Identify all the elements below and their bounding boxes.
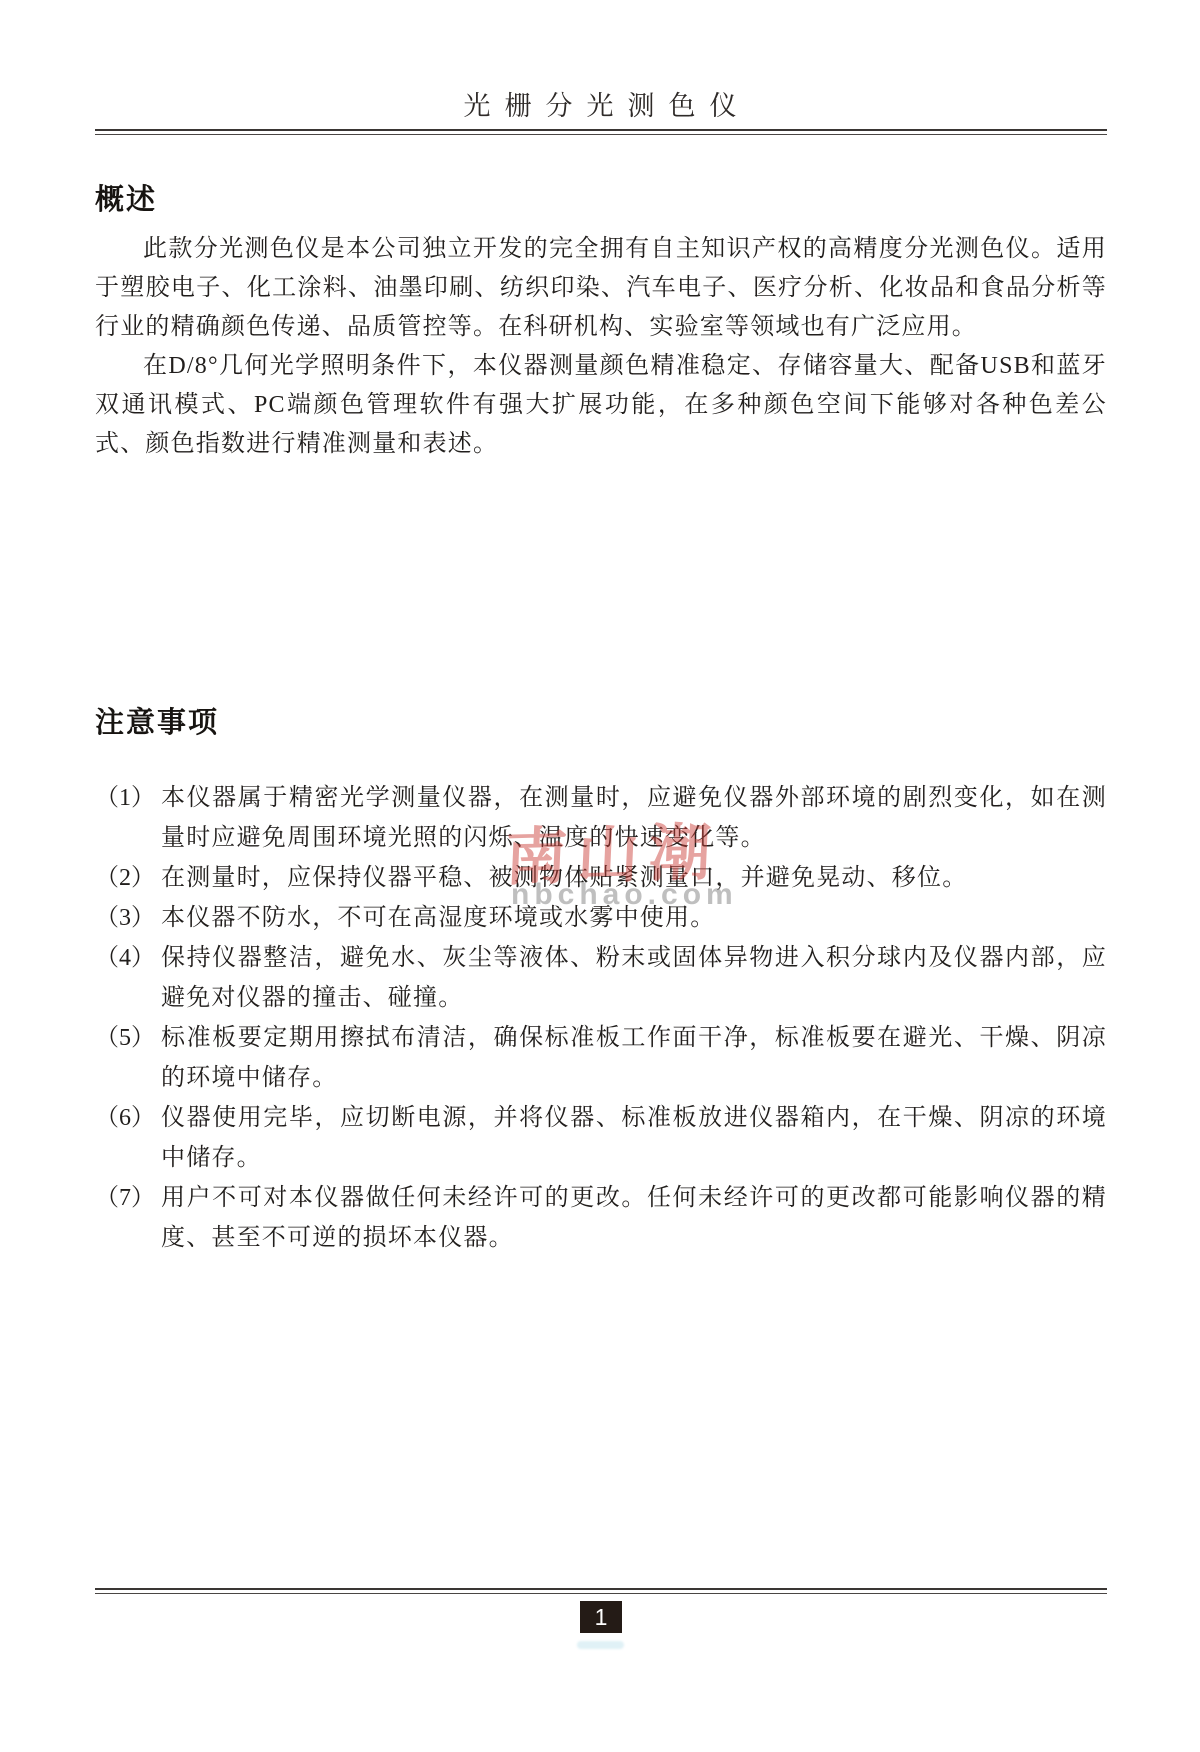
overview-body: 此款分光测色仪是本公司独立开发的完全拥有自主知识产权的高精度分光测色仪。适用于塑… — [95, 230, 1107, 464]
item-text: 用户不可对本仪器做任何未经许可的更改。任何未经许可的更改都可能影响仪器的精度、甚… — [161, 1185, 1107, 1251]
item-text: 本仪器不防水，不可在高湿度环境或水雾中使用。 — [161, 905, 715, 931]
item-text: 标准板要定期用擦拭布清洁，确保标准板工作面干净，标准板要在避光、干燥、阴凉的环境… — [161, 1025, 1107, 1091]
watermark-smudge — [577, 1641, 624, 1649]
precaution-item-1: （1） 本仪器属于精密光学测量仪器，在测量时，应避免仪器外部环境的剧烈变化，如在… — [95, 778, 1107, 858]
item-text: 在测量时，应保持仪器平稳、被测物体贴紧测量口，并避免晃动、移位。 — [161, 865, 967, 891]
footer-rule — [95, 1588, 1107, 1594]
item-number: （6） — [95, 1098, 155, 1138]
item-text: 仪器使用完毕，应切断电源，并将仪器、标准板放进仪器箱内，在干燥、阴凉的环境中储存… — [161, 1105, 1107, 1171]
item-text: 本仪器属于精密光学测量仪器，在测量时，应避免仪器外部环境的剧烈变化，如在测量时应… — [161, 785, 1107, 851]
precautions-list: （1） 本仪器属于精密光学测量仪器，在测量时，应避免仪器外部环境的剧烈变化，如在… — [95, 778, 1107, 1258]
precaution-item-4: （4） 保持仪器整洁，避免水、灰尘等液体、粉末或固体异物进入积分球内及仪器内部，… — [95, 938, 1107, 1018]
section-heading-precautions: 注意事项 — [95, 700, 219, 741]
item-text: 保持仪器整洁，避免水、灰尘等液体、粉末或固体异物进入积分球内及仪器内部，应避免对… — [161, 945, 1107, 1011]
overview-paragraph-1: 此款分光测色仪是本公司独立开发的完全拥有自主知识产权的高精度分光测色仪。适用于塑… — [95, 230, 1107, 347]
section-heading-overview: 概述 — [95, 177, 157, 218]
item-number: （3） — [95, 898, 155, 938]
precaution-item-5: （5） 标准板要定期用擦拭布清洁，确保标准板工作面干净，标准板要在避光、干燥、阴… — [95, 1018, 1107, 1098]
item-number: （1） — [95, 778, 155, 818]
item-number: （7） — [95, 1178, 155, 1218]
precaution-item-2: （2） 在测量时，应保持仪器平稳、被测物体贴紧测量口，并避免晃动、移位。 — [95, 858, 1107, 898]
precaution-item-7: （7） 用户不可对本仪器做任何未经许可的更改。任何未经许可的更改都可能影响仪器的… — [95, 1178, 1107, 1258]
item-number: （2） — [95, 858, 155, 898]
item-number: （4） — [95, 938, 155, 978]
page-title: 光栅分光测色仪 — [0, 84, 1200, 123]
item-number: （5） — [95, 1018, 155, 1058]
overview-paragraph-2: 在D/8°几何光学照明条件下，本仪器测量颜色精准稳定、存储容量大、配备USB和蓝… — [95, 347, 1107, 464]
header-rule — [95, 129, 1107, 135]
manual-page: 光栅分光测色仪 概述 此款分光测色仪是本公司独立开发的完全拥有自主知识产权的高精… — [0, 0, 1200, 1752]
page-number-badge: 1 — [580, 1601, 622, 1633]
precaution-item-6: （6） 仪器使用完毕，应切断电源，并将仪器、标准板放进仪器箱内，在干燥、阴凉的环… — [95, 1098, 1107, 1178]
precaution-item-3: （3） 本仪器不防水，不可在高湿度环境或水雾中使用。 — [95, 898, 1107, 938]
